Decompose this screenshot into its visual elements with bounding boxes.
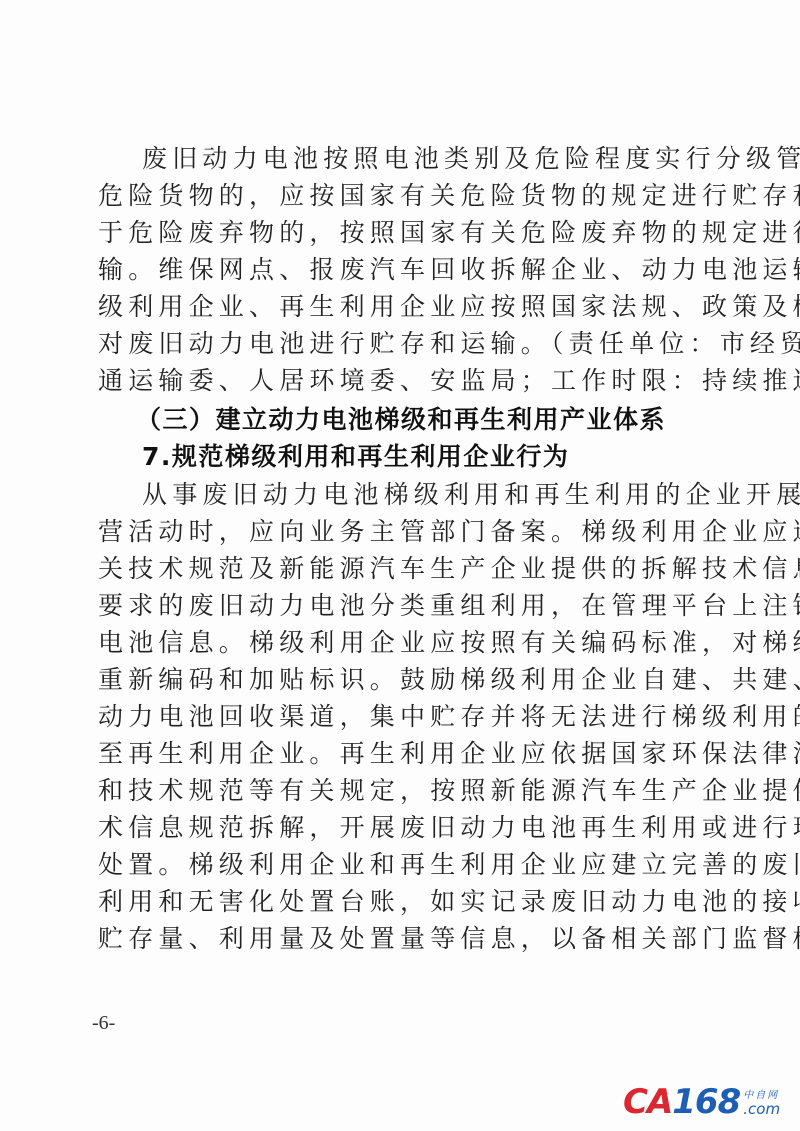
watermark-logo: CA168 中自网 .com	[623, 1085, 780, 1119]
paragraph-line: 于危险废弃物的，按照国家有关危险废弃物的规定进行贮存和运	[98, 214, 698, 251]
paragraph-line: 级利用企业、再生利用企业应按照国家法规、政策及标准要求，	[98, 288, 698, 325]
paragraph-line: 输。维保网点、报废汽车回收拆解企业、动力电池运输企业、梯	[98, 251, 698, 288]
logo-wordmark: CA168	[623, 1085, 740, 1119]
paragraph-line: 贮存量、利用量及处置量等信息，以备相关部门监督核查。（责任	[98, 920, 698, 957]
logo-ca-text: CA	[623, 1082, 672, 1122]
paragraph-line: 电池信息。梯级利用企业应按照有关编码标准，对梯级利用电池	[98, 624, 698, 661]
paragraph-line: 通运输委、人居环境委、安监局；工作时限：持续推进）	[98, 362, 698, 399]
paragraph-line: 至再生利用企业。再生利用企业应依据国家环保法律法规、标准	[98, 735, 698, 772]
paragraph-line: 术信息规范拆解，开展废旧动力电池再生利用或进行环保无害化	[98, 809, 698, 846]
paragraph-line: 关技术规范及新能源汽车生产企业提供的拆解技术信息，对符合	[98, 550, 698, 587]
document-page: 废旧动力电池按照电池类别及危险程度实行分级管理，属于 危险货物的，应按国家有关危…	[0, 0, 800, 1131]
paragraph-line: 重新编码和加贴标识。鼓励梯级利用企业自建、共建、共用废旧	[98, 661, 698, 698]
paragraph-line: 要求的废旧动力电池分类重组利用，在管理平台上注销废旧动力	[98, 587, 698, 624]
subsection-heading: 7.规范梯级利用和再生利用企业行为	[142, 438, 742, 475]
paragraph-line: 营活动时，应向业务主管部门备案。梯级利用企业应遵循国家相	[98, 513, 698, 550]
paragraph-line: 动力电池回收渠道，集中贮存并将无法进行梯级利用的部分移交	[98, 698, 698, 735]
section-heading: （三）建立动力电池梯级和再生利用产业体系	[136, 401, 736, 438]
logo-domain-suffix: .com	[743, 1102, 780, 1117]
paragraph-line: 废旧动力电池按照电池类别及危险程度实行分级管理，属于	[142, 140, 742, 177]
paragraph-line: 危险货物的，应按国家有关危险货物的规定进行贮存和运输，属	[98, 177, 698, 214]
paragraph-line: 对废旧动力电池进行贮存和运输。（责任单位：市经贸信息委、交	[98, 325, 698, 362]
paragraph-line: 处置。梯级利用企业和再生利用企业应建立完善的废旧动力电池	[98, 846, 698, 883]
logo-number-text: 168	[672, 1082, 740, 1122]
paragraph-line: 和技术规范等有关规定，按照新能源汽车生产企业提供的拆解技	[98, 772, 698, 809]
page-number: -6-	[92, 1012, 115, 1035]
paragraph-line: 利用和无害化处置台账，如实记录废旧动力电池的接收量、种类、	[98, 883, 698, 920]
logo-side-text: 中自网 .com	[743, 1090, 780, 1117]
paragraph-line: 从事废旧动力电池梯级利用和再生利用的企业开展相关经	[142, 476, 742, 513]
